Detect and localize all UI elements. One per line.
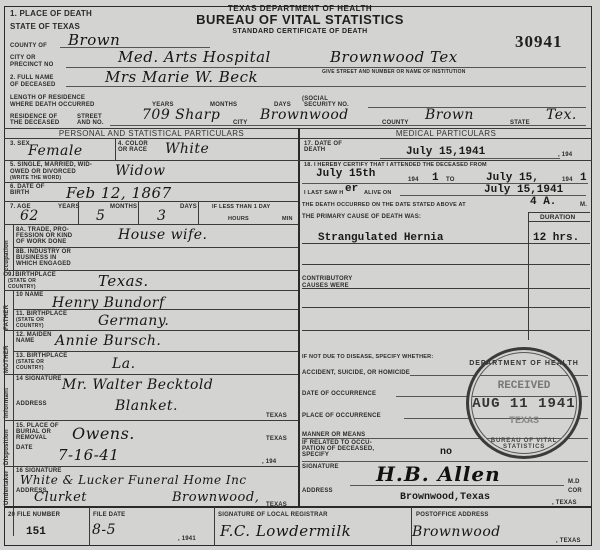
county-value: Brown (68, 31, 120, 49)
marital-value: Widow (115, 163, 166, 179)
file-date-value: 8-5 (92, 522, 116, 538)
res-state-value: Tex. (546, 107, 577, 123)
cor-label: COR (568, 488, 582, 495)
physician-address-value: Brownwood,Texas (400, 492, 490, 503)
related-value: no (440, 447, 452, 458)
stamp-bottom-text: BUREAU OF VITAL STATISTICS (469, 438, 579, 450)
occurrence-place-label: PLACE OF OCCURRENCE (302, 413, 381, 420)
burial-date-value: 7-16-41 (58, 446, 119, 464)
undertaker-address-value-1: Clurket (34, 490, 87, 505)
file-number-label: 20 FILE NUMBER (8, 512, 60, 519)
occurred-time: 4 A. (530, 196, 556, 208)
father-name-label: 10 NAME (16, 292, 43, 299)
related-label-3: SPECIFY (302, 452, 329, 459)
m-label: M. (580, 202, 587, 209)
color-label-2: OR RACE (118, 147, 147, 154)
death-date-label-2: DEATH (304, 147, 325, 154)
occurred-label: THE DEATH OCCURRED ON THE DATE STATED AB… (302, 202, 466, 209)
last-saw-pronoun: er (345, 183, 358, 195)
not-disease-label: IF NOT DUE TO DISEASE, SPECIFY WHETHER: (302, 354, 433, 361)
death-year-suffix: , 194 (558, 152, 572, 159)
death-date-value: July 15,1941 (406, 146, 485, 158)
marital-label-1: 5. SINGLE, MARRIED, WID- (10, 162, 92, 169)
informant-texas-label: TEXAS (266, 413, 287, 420)
postoffice-label: POSTOFFICE ADDRESS (416, 512, 489, 519)
dob-label-2: BIRTH (10, 190, 29, 197)
burial-date-label: DATE (16, 445, 33, 452)
contributory-label-1: CONTRIBUTORY (302, 276, 352, 283)
mother-maiden-label-2: NAME (16, 338, 34, 345)
burial-label-3: REMOVAL (16, 435, 47, 442)
industry-label-3: WHICH ENGAGED (16, 261, 71, 268)
city-name-value: Brownwood Tex (330, 48, 458, 66)
last-saw-label-2: ALIVE ON (364, 190, 392, 197)
age-days-label: DAYS (180, 204, 197, 211)
postoffice-value: Brownwood (412, 524, 501, 540)
file-date-label: FILE DATE (93, 512, 125, 519)
age-years-label: YEARS (58, 204, 80, 211)
res-city-value: Brownwood (260, 107, 349, 123)
undertaker-signature-value: White & Lucker Funeral Home Inc (20, 473, 247, 487)
personal-section-title: PERSONAL AND STATISTICAL PARTICULARS (4, 129, 299, 138)
color-value: White (165, 141, 209, 157)
burial-value: Owens. (72, 424, 135, 443)
institution-hint: GIVE STREET AND NUMBER OR NAME OF INSTIT… (322, 69, 466, 76)
attended-from-value: July 15th (316, 168, 375, 180)
residence-label-2: THE DECEASED (10, 120, 59, 127)
father-birthplace-value: Germany. (98, 313, 169, 329)
column-divider (298, 128, 300, 506)
cause-label: THE PRIMARY CAUSE OF DEATH WAS: (302, 214, 421, 221)
father-side-label: FATHER (4, 305, 10, 330)
physician-address-label: ADDRESS (302, 488, 333, 495)
name-label-1: 2. FULL NAME (10, 75, 54, 82)
file-number-value: 151 (26, 526, 46, 538)
death-certificate: 1. PLACE OF DEATH STATE OF TEXAS TEXAS D… (0, 0, 600, 550)
registrar-label: SIGNATURE OF LOCAL REGISTRAR (218, 512, 328, 519)
md-label: M.D (568, 479, 580, 486)
street-label-2: AND NO. (77, 120, 104, 127)
dob-value: Feb 12, 1867 (66, 184, 172, 202)
informant-address-value: Blanket. (115, 398, 178, 414)
sex-label: 3. SEX (10, 141, 30, 148)
birthplace-value: Texas. (98, 272, 149, 290)
trade-label-3: OF WORK DONE (16, 239, 66, 246)
informant-side-label: Informant (4, 388, 10, 418)
last-saw-label-1: I LAST SAW H (304, 190, 343, 197)
postoffice-texas-label: , TEXAS (556, 538, 581, 545)
name-label-2: OF DECEASED (10, 82, 56, 89)
hours-label: HOURS (228, 216, 249, 223)
stamp-received-text: RECEIVED (469, 380, 579, 392)
street-value: 709 Sharp (142, 107, 220, 123)
certificate-number: 30941 (515, 32, 563, 52)
registrar-signature: F.C. Lowdermilk (220, 522, 351, 540)
father-birthplace-label-3: COUNTRY) (16, 323, 44, 330)
mother-birthplace-value: La. (112, 356, 136, 372)
undertaker-address-value-2: Brownwood, (172, 490, 259, 505)
sex-value: Female (28, 143, 83, 159)
undertaker-side-label: Undertaker (4, 470, 10, 505)
bureau-title: BUREAU OF VITAL STATISTICS (0, 12, 600, 27)
deceased-name-value: Mrs Marie W. Beck (105, 68, 258, 86)
stamp-date: AUG 11 1941 (469, 396, 579, 412)
city-label-2: PRECINCT NO (10, 62, 54, 69)
stamp-top-text: DEPARTMENT OF HEALTH (469, 360, 579, 367)
informant-address-label: ADDRESS (16, 401, 47, 408)
min-label: MIN (282, 216, 293, 223)
mother-birthplace-label-3: COUNTRY) (16, 365, 44, 372)
burial-texas-label: TEXAS (266, 436, 287, 443)
informant-signature-value: Mr. Walter Becktold (62, 377, 213, 393)
city-label-1: CITY OR (10, 55, 36, 62)
residence-length-label-1: LENGTH OF RESIDENCE (10, 95, 85, 102)
physician-signature-label: SIGNATURE (302, 464, 339, 471)
age-months-label: MONTHS (110, 204, 137, 211)
medical-section-title: MEDICAL PARTICULARS (300, 129, 592, 138)
age-months-value: 5 (96, 208, 105, 224)
file-year: , 1941 (178, 536, 196, 543)
mother-maiden-value: Annie Bursch. (55, 333, 161, 349)
residence-length-label-2: WHERE DEATH OCCURRED (10, 102, 95, 109)
accident-label: ACCIDENT, SUICIDE, OR HOMICIDE (302, 370, 410, 377)
res-county-value: Brown (425, 107, 474, 123)
occurrence-date-label: DATE OF OCCURRENCE (302, 391, 376, 398)
informant-signature-label: 14 SIGNATURE (16, 376, 62, 383)
marital-label-3: (WRITE THE WORD) (10, 175, 61, 182)
age-days-value: 3 (157, 208, 166, 224)
physician-signature: H.B. Allen (376, 462, 501, 486)
stamp-state: TEXAS (469, 416, 579, 427)
mother-side-label: MOTHER (4, 345, 10, 373)
disposition-side-label: Disposition (4, 429, 10, 465)
less-day-label: IF LESS THAN 1 DAY (212, 204, 270, 211)
county-label: COUNTY OF (10, 43, 47, 50)
city-value: Med. Arts Hospital (118, 48, 271, 66)
age-years-value: 62 (20, 208, 39, 224)
received-stamp: DEPARTMENT OF HEALTH RECEIVED AUG 11 194… (466, 347, 582, 459)
trade-value: House wife. (118, 227, 207, 243)
burial-year-prefix: , 194 (262, 459, 276, 466)
